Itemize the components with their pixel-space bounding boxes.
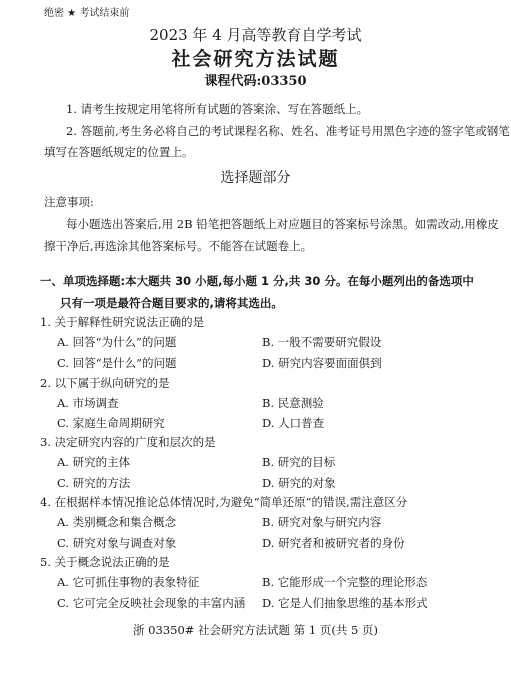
option-b: B. 民意测验 [262,398,324,410]
option-d: D. 人口普查 [262,418,324,430]
part-one-heading: 一、单项选择题:本大题共 30 小题,每小题 1 分,共 30 分。在每小题列出… [40,276,474,288]
notice-label: 注意事项: [44,197,94,209]
subject-title: 社会研究方法试题 [0,50,511,69]
question-stem: 4. 在根据样本情况推论总体情况时,为避免“简单还原”的错误,需注意区分 [40,497,407,509]
option-d: D. 研究者和被研究者的身份 [262,538,405,550]
question-stem: 1. 关于解释性研究说法正确的是 [40,317,204,329]
notice-line-2: 擦干净后,再选涂其他答案标号。不能答在试题卷上。 [44,241,312,253]
question-stem: 2. 以下属于纵向研究的是 [40,378,170,390]
option-a: A. 回答“为什么”的问题 [57,337,176,349]
instruction-1: 1. 请考生按规定用笔将所有试题的答案涂、写在答题纸上。 [66,104,368,116]
option-b: B. 它能形成一个完整的理论形态 [262,577,427,589]
option-a: A. 市场调查 [57,398,119,410]
part-one-heading-cont: 只有一项是最符合题目要求的,请将其选出。 [60,298,283,310]
option-c: C. 研究对象与调查对象 [57,538,176,550]
option-a: A. 类别概念和集合概念 [57,517,176,529]
instruction-2-cont: 填写在答题纸规定的位置上。 [44,147,194,159]
instruction-2: 2. 答题前,考生务必将自己的考试课程名称、姓名、准考证号用黑色字迹的签字笔或钢… [66,126,510,138]
course-code: 课程代码:03350 [0,75,511,88]
confidential-mark: 绝密 ★ 考试结束前 [44,9,129,19]
option-c: C. 研究的方法 [57,478,130,490]
exam-title: 2023 年 4 月高等教育自学考试 [0,28,511,43]
option-b: B. 研究对象与研究内容 [262,517,381,529]
option-d: D. 研究的对象 [262,478,336,490]
option-d: D. 它是人们抽象思维的基本形式 [262,598,428,610]
option-a: A. 它可抓住事物的表象特征 [57,577,199,589]
option-b: B. 一般不需要研究假设 [262,337,381,349]
section-title: 选择题部分 [0,171,511,185]
option-b: B. 研究的目标 [262,457,335,469]
notice-line-1: 每小题选出答案后,用 2B 铅笔把答题纸上对应题目的答案标号涂黑。如需改动,用橡… [66,219,499,231]
option-c: C. 家庭生命周期研究 [57,418,165,430]
option-a: A. 研究的主体 [57,457,130,469]
option-c: C. 回答“是什么”的问题 [57,358,176,370]
option-c: C. 它可完全反映社会现象的丰富内涵 [57,598,245,610]
option-d: D. 研究内容要面面俱到 [262,358,382,370]
question-stem: 3. 决定研究内容的广度和层次的是 [40,437,216,449]
question-stem: 5. 关于概念说法正确的是 [40,557,170,569]
page-footer: 浙 03350# 社会研究方法试题 第 1 页(共 5 页) [0,625,511,637]
